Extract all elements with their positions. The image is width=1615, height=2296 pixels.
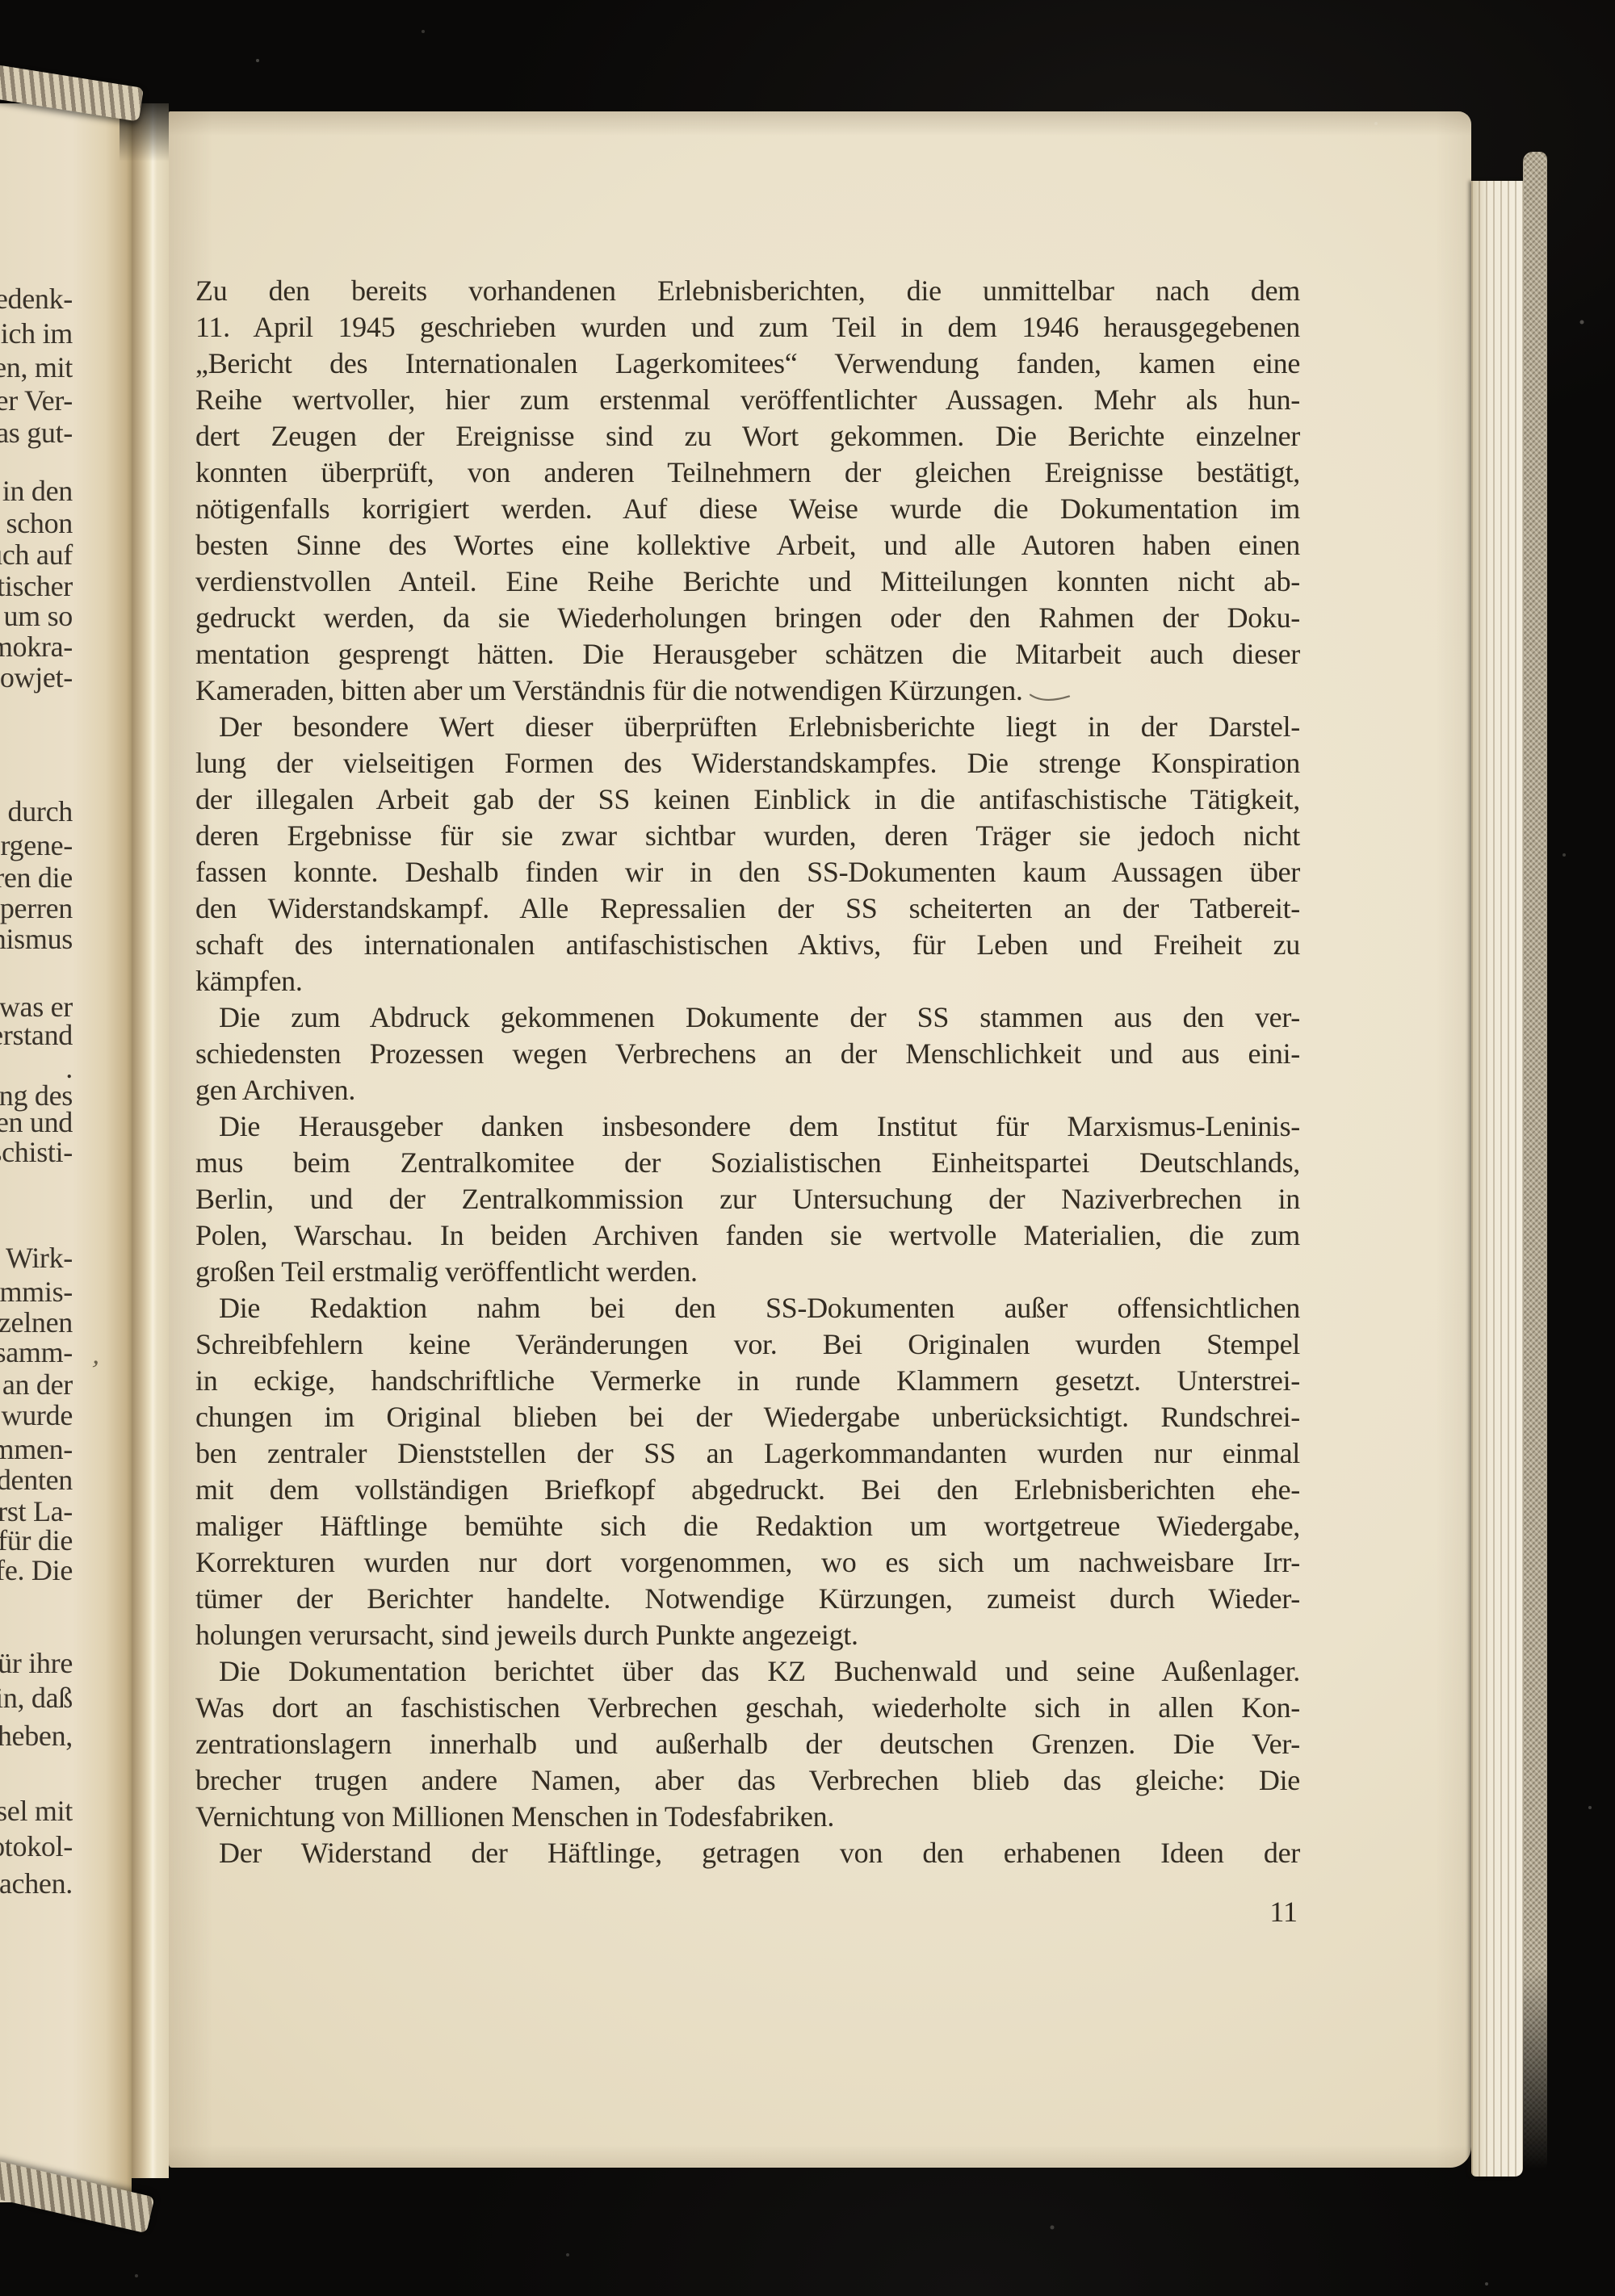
text-line: Berlin, und der Zentralkommission zur Un… [195,1181,1300,1217]
left-page-line-fragment: udenten [0,1462,73,1498]
text-line: Der Widerstand der Häftlinge, getragen v… [195,1835,1300,1871]
left-page-line-fragment: machen. [0,1866,73,1901]
text-line: Polen, Warschau. In beiden Archiven fand… [195,1217,1300,1254]
text-line: der illegalen Arbeit gab der SS keinen E… [195,781,1300,818]
text-line: in eckige, handschriftliche Vermerke in … [195,1363,1300,1399]
left-page-line-fragment: durch [8,794,73,829]
text-line: Kameraden, bitten aber um Verständnis fü… [195,672,1300,709]
text-line: maliger Häftlinge bemühte sich die Redak… [195,1508,1300,1544]
text-line: gen Archiven. [195,1072,1300,1108]
text-line: brecher trugen andere Namen, aber das Ve… [195,1762,1300,1799]
text-line: lung der vielseitigen Formen des Widerst… [195,745,1300,781]
text-line: Die zum Abdruck gekommenen Dokumente der… [195,999,1300,1036]
text-line: zentrationslagern innerhalb und außerhal… [195,1726,1300,1762]
book-photo: edenk-sich imen, miter Ver-as gut-in den… [0,0,1615,2296]
text-line: besten Sinne des Wortes eine kollektive … [195,527,1300,564]
text-line: mit dem vollständigen Briefkopf abgedruc… [195,1472,1300,1508]
left-page-line-fragment: e schon [0,505,73,541]
text-line: ben zentraler Dienststellen der SS an La… [195,1435,1300,1472]
left-page-line-fragment: en, mit [0,350,73,385]
left-page-line-fragment: sich im [0,316,73,351]
left-page-line-fragment: edenk- [0,281,73,316]
left-page-sliver: edenk-sich imen, miter Ver-as gut-in den… [0,103,132,2202]
text-line: gedruckt werden, da sie Wiederholungen b… [195,600,1300,636]
left-page-line-fragment: hsel mit [0,1793,73,1829]
page-text: Zu den bereits vorhandenen Erlebnisberic… [195,273,1300,1871]
pencil-mark [1027,693,1072,706]
text-line: verdienstvollen Anteil. Eine Reihe Beric… [195,564,1300,600]
left-page-line-fragment: in den [2,473,73,509]
text-line: Korrekturen wurden nur dort vorgenommen,… [195,1544,1300,1581]
text-line: Zu den bereits vorhandenen Erlebnisberic… [195,273,1300,309]
text-line: mentation gesprengt hätten. Die Herausge… [195,636,1300,672]
text-line: Der besondere Wert dieser überprüften Er… [195,709,1300,745]
left-page-line-fragment: rotokol- [0,1829,73,1864]
text-line: „Bericht des Internationalen Lagerkomite… [195,346,1300,382]
cover-cloth-edge [1523,152,1547,2170]
text-line: Was dort an faschistischen Verbrechen ge… [195,1690,1300,1726]
left-page-line-fragment: wurde [2,1397,73,1433]
left-page-line-fragment: uch auf [0,537,73,572]
book-page: Zu den bereits vorhandenen Erlebnisberic… [169,111,1471,2168]
text-line: kämpfen. [195,963,1300,999]
left-page-line-fragment: für ihre [0,1645,73,1681]
page-number: 11 [1269,1894,1298,1930]
book-gutter [132,103,169,2178]
left-page-line-fragment: k Wirk- [0,1240,73,1276]
left-page-line-fragment: lsamm- [0,1334,73,1370]
text-line: Die Redaktion nahm bei den SS-Dokumenten… [195,1290,1300,1326]
text-line: Die Herausgeber danken insbesondere dem … [195,1108,1300,1145]
text-line: chungen im Original blieben bei der Wied… [195,1399,1300,1435]
text-line: Die Dokumentation berichtet über das KZ … [195,1653,1300,1690]
dust-specks [0,0,2,2]
left-page-line-fragment: ergene- [0,827,73,863]
left-page-line-fragment: hismus [0,921,73,957]
text-line: mus beim Zentralkomitee der Sozialistisc… [195,1145,1300,1181]
text-line: 11. April 1945 geschrieben wurden und zu… [195,309,1300,346]
text-line: schiedensten Prozessen wegen Verbrechens… [195,1036,1300,1072]
left-page-line-fragment: ilfe. Die [0,1552,73,1588]
text-line: konnten überprüft, von anderen Teilnehme… [195,455,1300,491]
text-line: nötigenfalls korrigiert werden. Auf dies… [195,491,1300,527]
text-line: Schreibfehlern keine Veränderungen vor. … [195,1326,1300,1363]
left-page-line-fragment: u heben, [0,1718,73,1753]
text-line: deren Ergebnisse für sie zwar sichtbar w… [195,818,1300,854]
text-line: holungen verursacht, sind jeweils durch … [195,1617,1300,1653]
text-line: Reihe wertvoller, hier zum erstenmal ver… [195,382,1300,418]
text-line: tümer der Berichter handelte. Notwendige… [195,1581,1300,1617]
left-page-line-fragment: Sowjet- [0,660,73,695]
text-line: schaft des internationalen antifaschisti… [195,927,1300,963]
left-page-line-fragment: ein, daß [0,1680,73,1716]
text-line: großen Teil erstmalig veröffentlicht wer… [195,1254,1300,1290]
pencil-comma-mark: , [91,1340,103,1372]
text-line: den Widerstandskampf. Alle Repressalien … [195,890,1300,927]
page-stack-fore-edge [1471,181,1523,2177]
text-line: dert Zeugen der Ereignisse sind zu Wort … [195,418,1300,455]
text-line: fassen konnte. Deshalb finden wir in den… [195,854,1300,890]
text-line: Vernichtung von Millionen Menschen in To… [195,1799,1300,1835]
left-page-line-fragment: erstand [0,1017,73,1053]
left-page-line-fragment: er Ver- [0,383,73,418]
left-page-line-fragment: as gut- [0,415,73,450]
left-page-line-fragment: aschisti- [0,1134,73,1170]
